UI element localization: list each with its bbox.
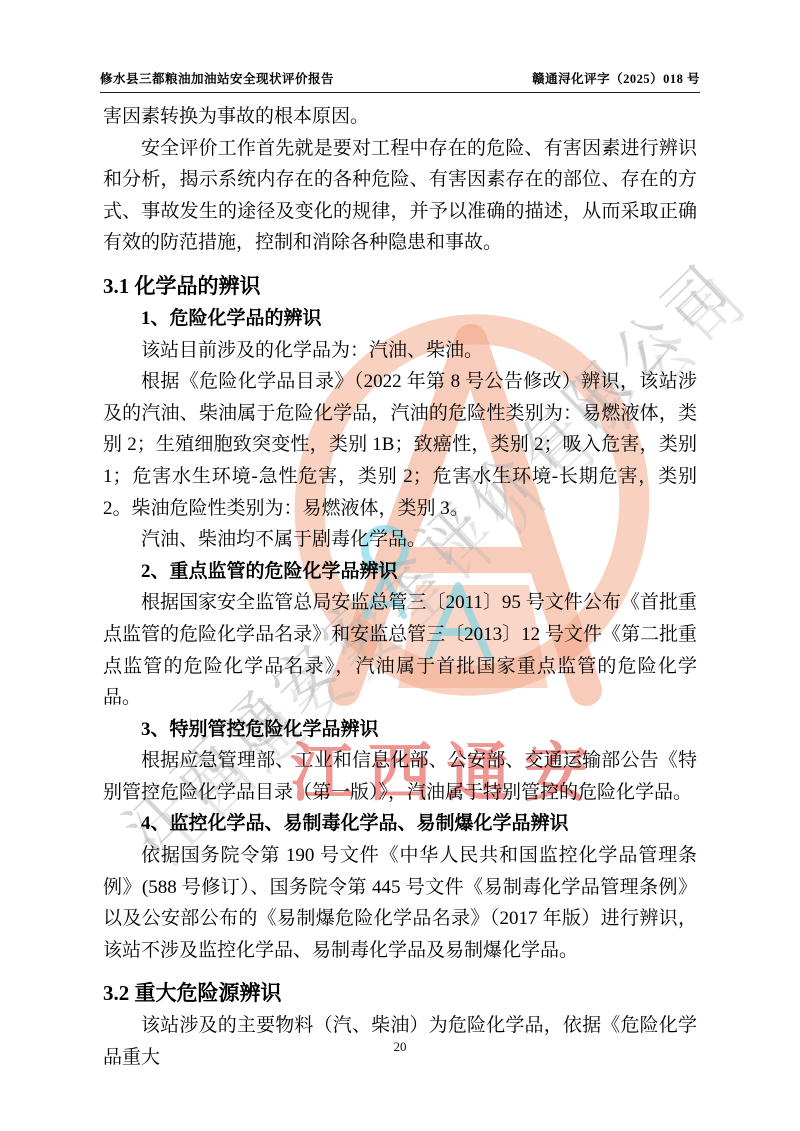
document-number: 赣通浔化评字（2025）018 号	[532, 69, 700, 87]
paragraph: 依据国务院令第 190 号文件《中华人民共和国监控化学品管理条例》(588 号修…	[103, 840, 697, 966]
document-body: 害因素转换为事故的根本原因。安全评价工作首先就是要对工程中存在的危险、有害因素进…	[103, 101, 697, 1074]
section-heading: 1、危险化学品的辨识	[103, 303, 697, 335]
paragraph: 根据应急管理部、工业和信息化部、公安部、交通运输部公告《特别管控危险化学品目录（…	[103, 745, 697, 808]
section-heading: 3、特别管控危险化学品辨识	[103, 714, 697, 746]
paragraph: 安全评价工作首先就是要对工程中存在的危险、有害因素进行辨识和分析，揭示系统内存在…	[103, 133, 697, 259]
paragraph: 该站目前涉及的化学品为：汽油、柴油。	[103, 335, 697, 367]
section-heading: 3.1 化学品的辨识	[103, 270, 697, 303]
section-heading: 2、重点监管的危险化学品辨识	[103, 556, 697, 588]
section-heading: 3.2 重大危险源辨识	[103, 977, 697, 1010]
paragraph: 根据国家安全监管总局安监总管三〔2011〕95 号文件公布《首批重点监管的危险化…	[103, 587, 697, 713]
paragraph: 汽油、柴油均不属于剧毒化学品。	[103, 524, 697, 556]
page-header: 修水县三都粮油加油站安全现状评价报告 赣通浔化评字（2025）018 号	[100, 69, 700, 93]
section-heading: 4、监控化学品、易制毒化学品、易制爆化学品辨识	[103, 808, 697, 840]
paragraph: 根据《危险化学品目录》（2022 年第 8 号公告修改）辨识，该站涉及的汽油、柴…	[103, 366, 697, 524]
paragraph: 害因素转换为事故的根本原因。	[103, 101, 697, 133]
report-title: 修水县三都粮油加油站安全现状评价报告	[100, 69, 334, 87]
document-page: 修水县三都粮油加油站安全现状评价报告 赣通浔化评字（2025）018 号 害因素…	[0, 0, 800, 1131]
page-number: 20	[394, 1039, 407, 1054]
page-footer: 20	[0, 1039, 800, 1055]
